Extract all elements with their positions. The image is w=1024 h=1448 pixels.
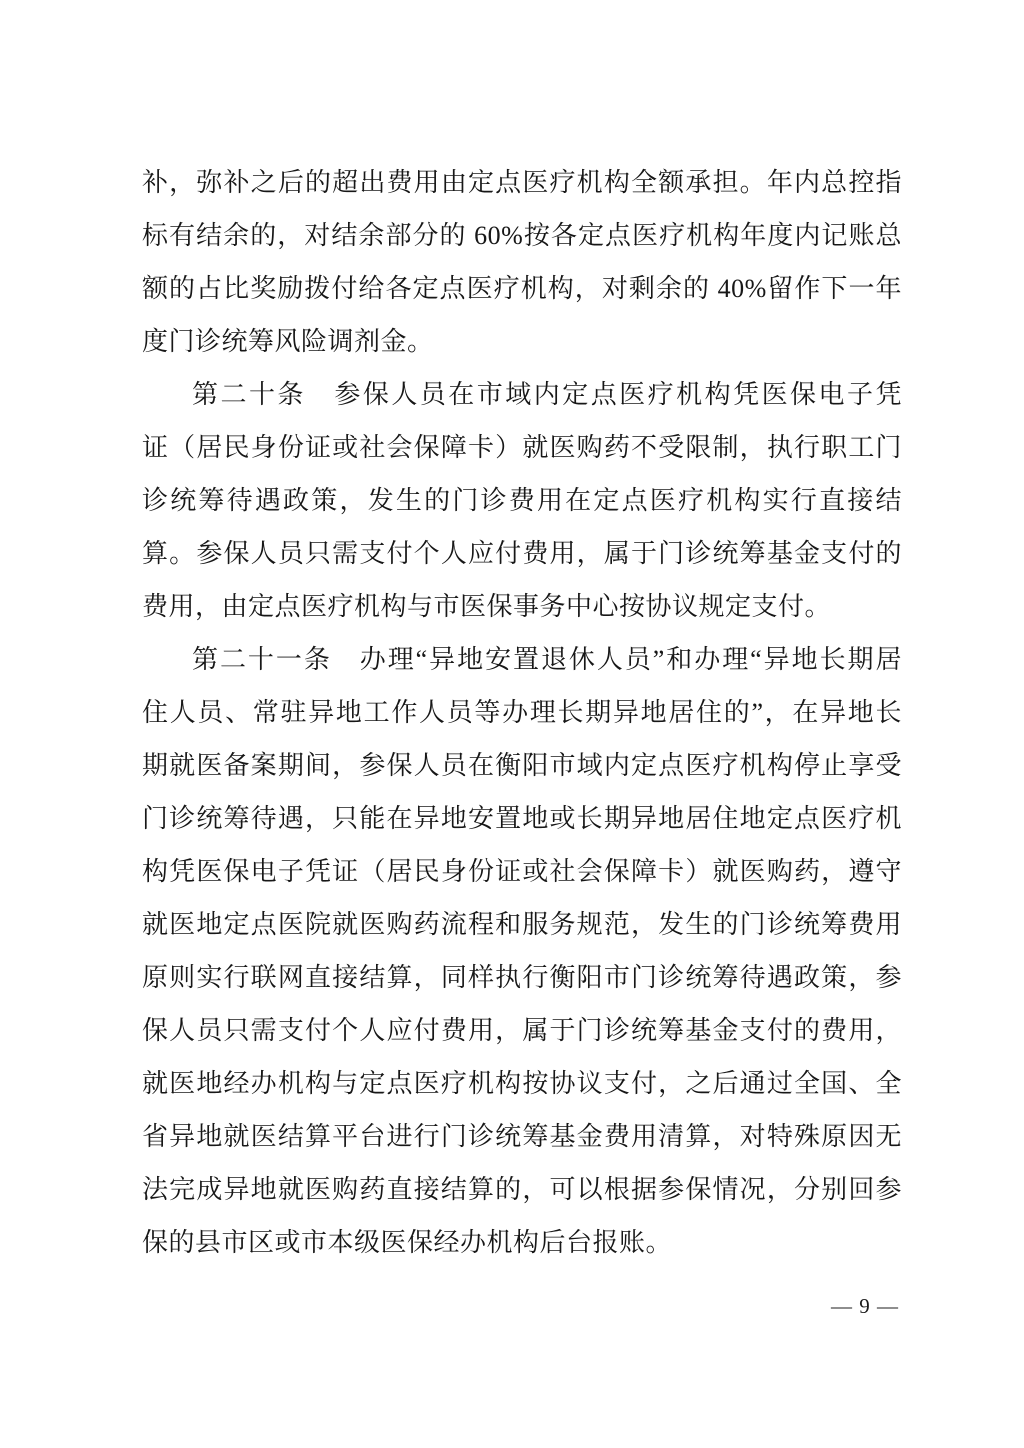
document-body: 补，弥补之后的超出费用由定点医疗机构全额承担。年内总控指 标有结余的，对结余部分… bbox=[142, 156, 902, 1269]
paragraph-continuation: 补，弥补之后的超出费用由定点医疗机构全额承担。年内总控指 标有结余的，对结余部分… bbox=[142, 156, 902, 368]
text-line: 构凭医保电子凭证（居民身份证或社会保障卡）就医购药，遵守 bbox=[142, 845, 902, 898]
text-line: 法完成异地就医购药直接结算的，可以根据参保情况，分别回参 bbox=[142, 1163, 902, 1216]
text-line: 证（居民身份证或社会保障卡）就医购药不受限制，执行职工门 bbox=[142, 421, 902, 474]
text-line: 原则实行联网直接结算，同样执行衡阳市门诊统筹待遇政策，参 bbox=[142, 951, 902, 1004]
text-line: 额的占比奖励拨付给各定点医疗机构，对剩余的 40%留作下一年 bbox=[142, 262, 902, 315]
text-line: 第二十一条 办理“异地安置退休人员”和办理“异地长期居 bbox=[142, 633, 902, 686]
text-line: 标有结余的，对结余部分的 60%按各定点医疗机构年度内记账总 bbox=[142, 209, 902, 262]
text-line: 保人员只需支付个人应付费用，属于门诊统筹基金支付的费用， bbox=[142, 1004, 902, 1057]
text-line: 度门诊统筹风险调剂金。 bbox=[142, 315, 902, 368]
document-page: 补，弥补之后的超出费用由定点医疗机构全额承担。年内总控指 标有结余的，对结余部分… bbox=[0, 0, 1024, 1448]
text-line: 算。参保人员只需支付个人应付费用，属于门诊统筹基金支付的 bbox=[142, 527, 902, 580]
page-number: — 9 — bbox=[831, 1293, 899, 1319]
text-line: 补，弥补之后的超出费用由定点医疗机构全额承担。年内总控指 bbox=[142, 156, 902, 209]
text-line: 省异地就医结算平台进行门诊统筹基金费用清算，对特殊原因无 bbox=[142, 1110, 902, 1163]
text-line: 住人员、常驻异地工作人员等办理长期异地居住的”，在异地长 bbox=[142, 686, 902, 739]
text-line: 费用，由定点医疗机构与市医保事务中心按协议规定支付。 bbox=[142, 580, 902, 633]
paragraph-article-21: 第二十一条 办理“异地安置退休人员”和办理“异地长期居 住人员、常驻异地工作人员… bbox=[142, 633, 902, 1269]
text-line: 就医地定点医院就医购药流程和服务规范，发生的门诊统筹费用 bbox=[142, 898, 902, 951]
text-line: 诊统筹待遇政策，发生的门诊费用在定点医疗机构实行直接结 bbox=[142, 474, 902, 527]
text-line: 保的县市区或市本级医保经办机构后台报账。 bbox=[142, 1216, 902, 1269]
paragraph-article-20: 第二十条 参保人员在市域内定点医疗机构凭医保电子凭 证（居民身份证或社会保障卡）… bbox=[142, 368, 902, 633]
text-line: 期就医备案期间，参保人员在衡阳市域内定点医疗机构停止享受 bbox=[142, 739, 902, 792]
text-line: 第二十条 参保人员在市域内定点医疗机构凭医保电子凭 bbox=[142, 368, 902, 421]
text-line: 就医地经办机构与定点医疗机构按协议支付，之后通过全国、全 bbox=[142, 1057, 902, 1110]
text-line: 门诊统筹待遇，只能在异地安置地或长期异地居住地定点医疗机 bbox=[142, 792, 902, 845]
